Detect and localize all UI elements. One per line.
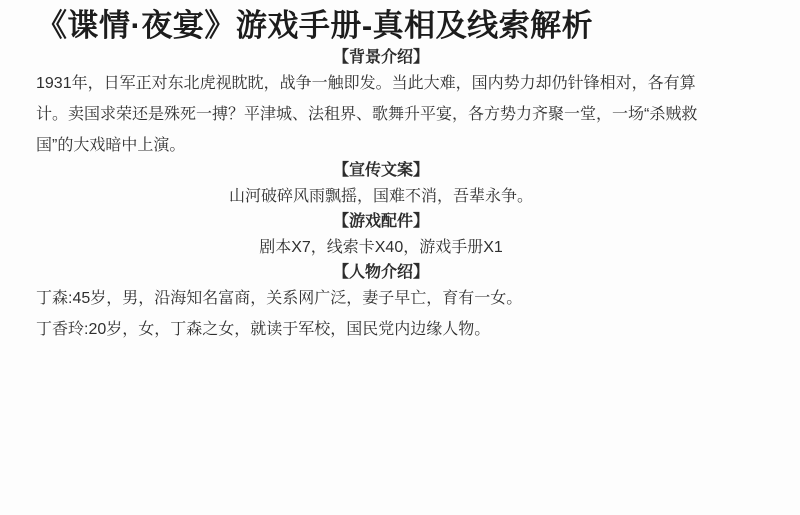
section-heading-components: 【游戏配件】 xyxy=(36,212,726,232)
section-heading-characters: 【人物介绍】 xyxy=(36,263,726,283)
components-text: 剧本X7，线索卡X40，游戏手册X1 xyxy=(36,232,726,263)
document-page: 《谍情·夜宴》游戏手册-真相及线索解析 【背景介绍】 1931年，日军正对东北虎… xyxy=(0,0,800,515)
background-paragraph: 1931年，日军正对东北虎视眈眈，战争一触即发。当此大难，国内势力却仍针锋相对，… xyxy=(36,68,726,161)
character-entry-dingxiangling: 丁香玲:20岁，女，丁森之女，就读于军校，国民党内边缘人物。 xyxy=(36,314,726,345)
page-title: 《谍情·夜宴》游戏手册-真相及线索解析 xyxy=(36,4,726,48)
section-heading-background: 【背景介绍】 xyxy=(36,48,726,68)
slogan-text: 山河破碎风雨飘摇，国难不消，吾辈永争。 xyxy=(36,181,726,212)
character-entry-dingsen: 丁森:45岁，男，沿海知名富商，关系网广泛，妻子早亡，育有一女。 xyxy=(36,283,726,314)
section-heading-slogan: 【宣传文案】 xyxy=(36,161,726,181)
